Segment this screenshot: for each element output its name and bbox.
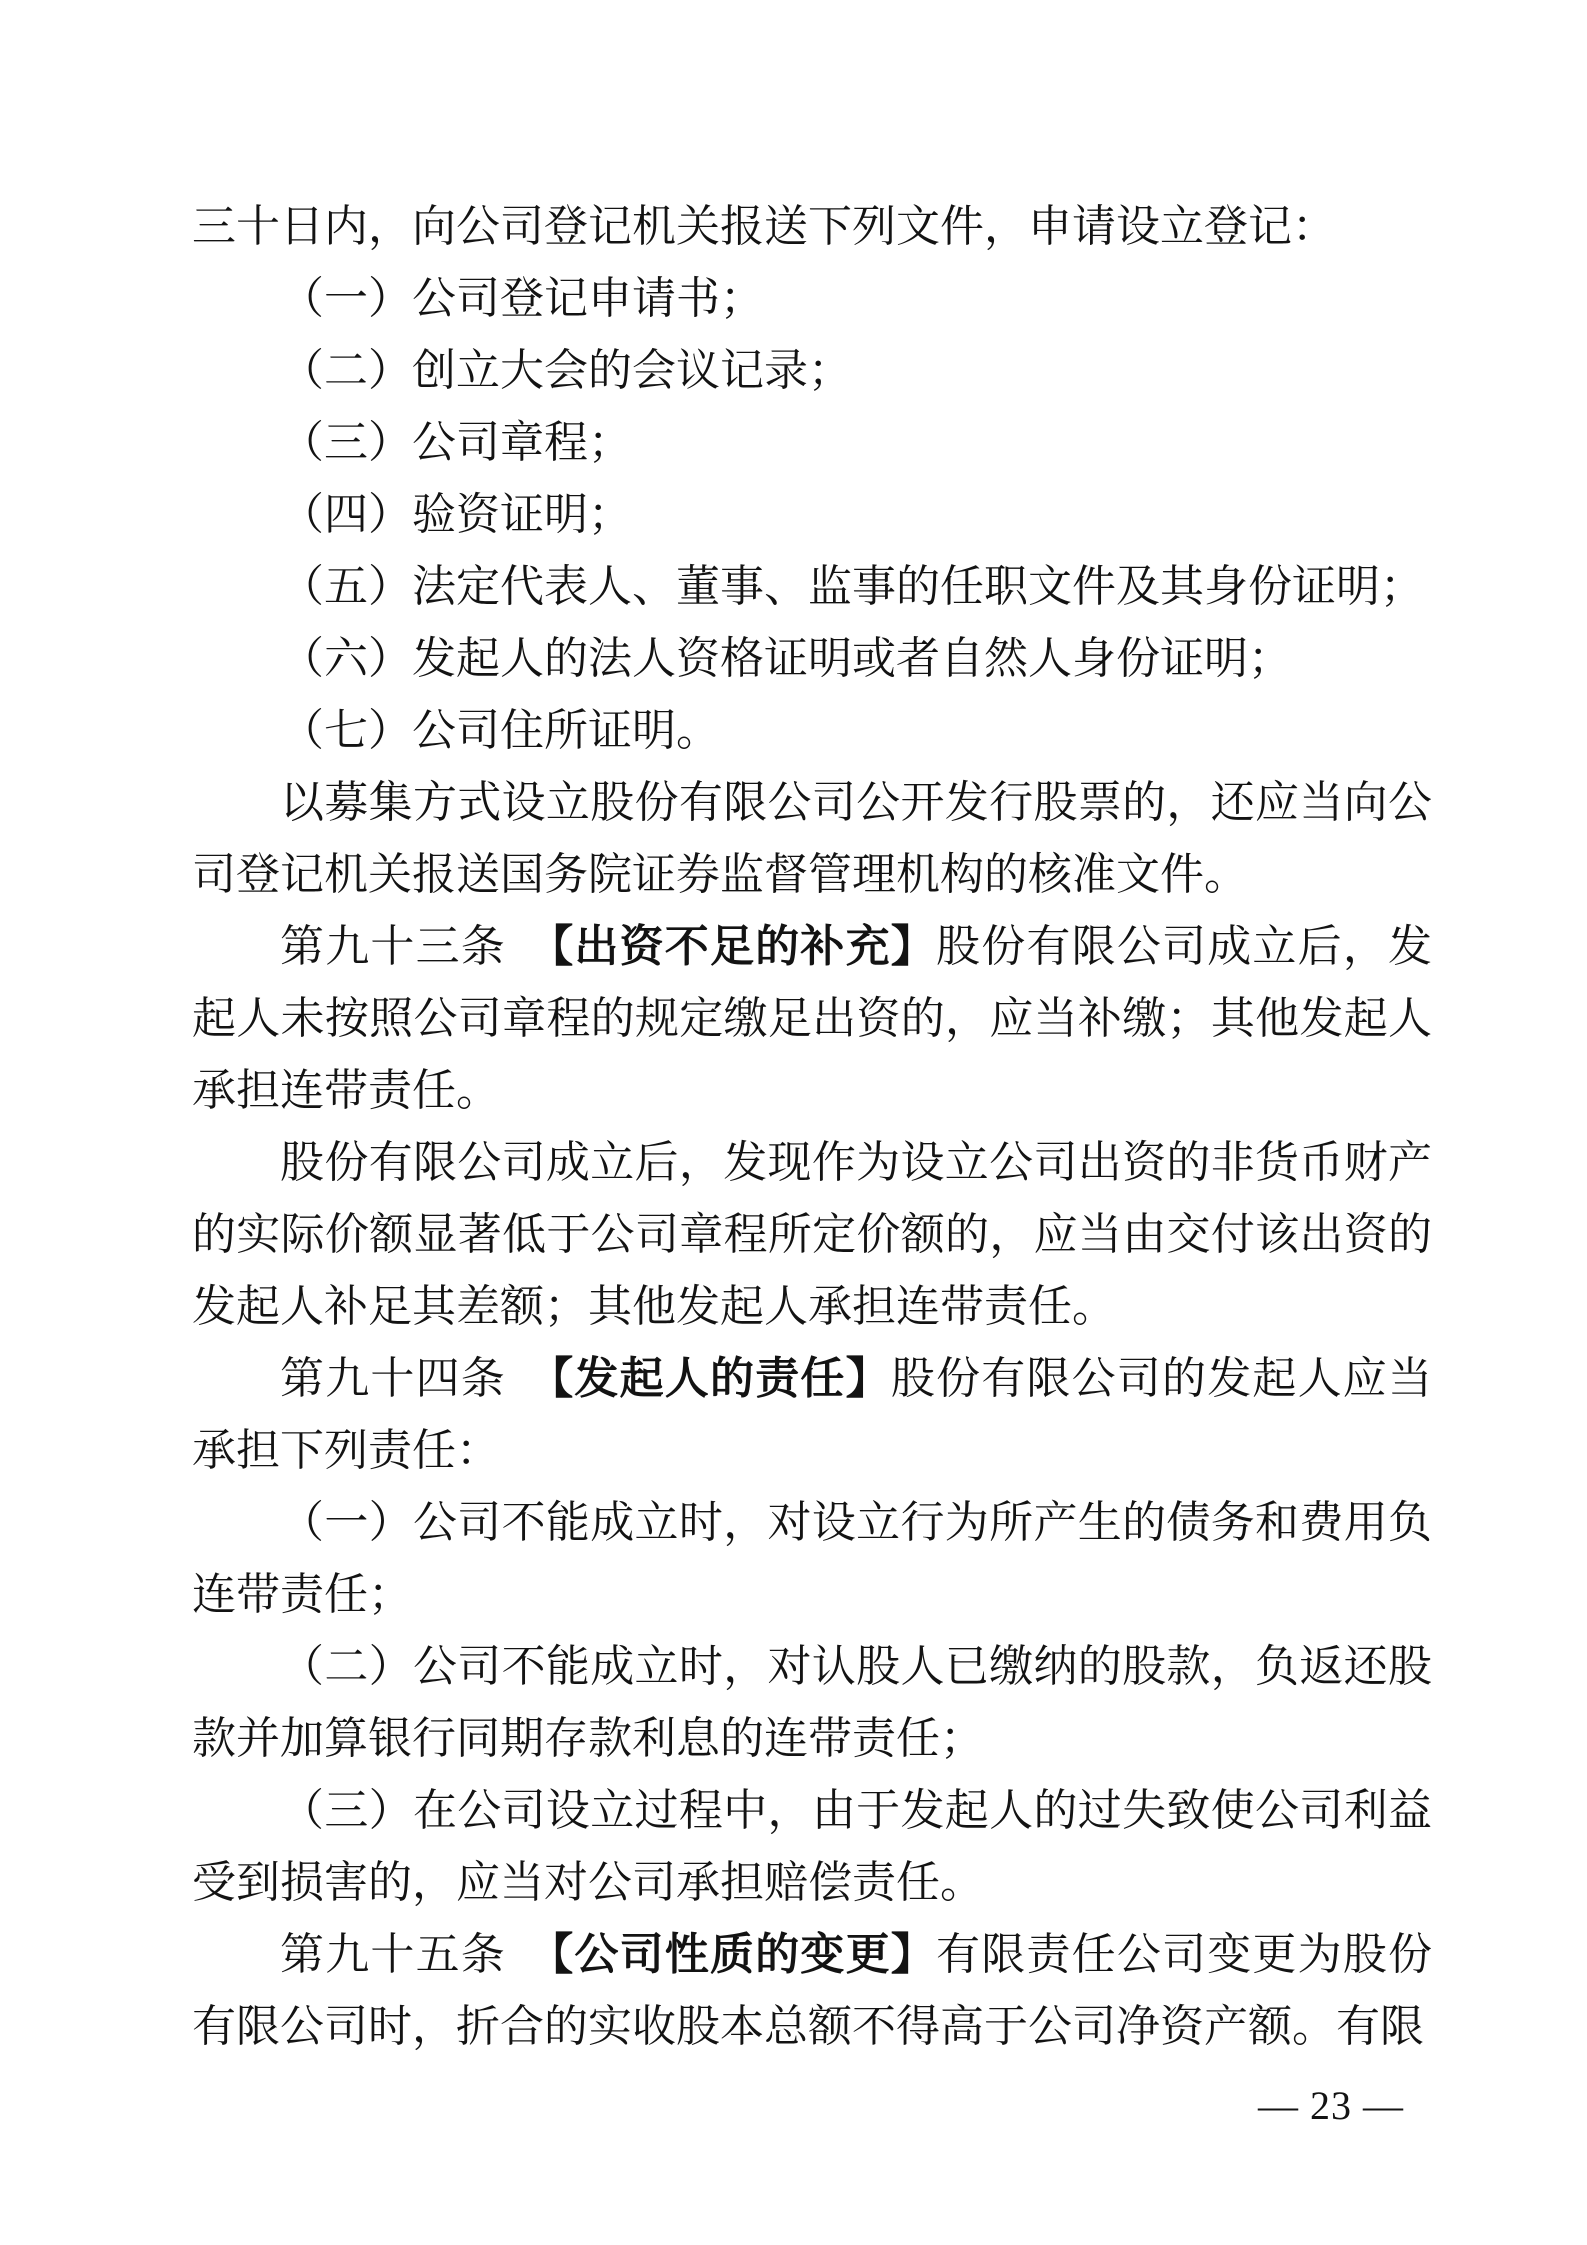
paragraph: （二）公司不能成立时，对认股人已缴纳的股款，负返还股款并加算银行同期存款利息的连…: [192, 1631, 1432, 1775]
article-title-tag: 【出资不足的补充】: [551, 922, 936, 971]
paragraph-text: （二）创立大会的会议记录；: [280, 346, 852, 395]
paragraph: （六）发起人的法人资格证明或者自然人身份证明；: [192, 623, 1432, 695]
paragraph: 第九十五条 【公司性质的变更】有限责任公司变更为股份有限公司时，折合的实收股本总…: [192, 1919, 1432, 2063]
paragraph: 三十日内，向公司登记机关报送下列文件，申请设立登记：: [192, 191, 1432, 263]
paragraph: （七）公司住所证明。: [192, 695, 1432, 767]
paragraph-text: （三）公司章程；: [280, 418, 632, 467]
paragraph: （一）公司登记申请书；: [192, 263, 1432, 335]
article-number: 第九十四条: [280, 1354, 551, 1403]
paragraph-text: 以募集方式设立股份有限公司公开发行股票的，还应当向公司登记机关报送国务院证券监督…: [192, 778, 1432, 899]
article-number: 第九十三条: [280, 922, 551, 971]
paragraph: 股份有限公司成立后，发现作为设立公司出资的非货币财产的实际价额显著低于公司章程所…: [192, 1127, 1432, 1343]
paragraph: 第九十三条 【出资不足的补充】股份有限公司成立后，发起人未按照公司章程的规定缴足…: [192, 911, 1432, 1127]
paragraph: （五）法定代表人、董事、监事的任职文件及其身份证明；: [192, 551, 1432, 623]
paragraph-text: （五）法定代表人、董事、监事的任职文件及其身份证明；: [280, 562, 1424, 611]
page-number: — 23 —: [1258, 2082, 1404, 2130]
paragraph-text: （七）公司住所证明。: [280, 706, 720, 755]
paragraph: （二）创立大会的会议记录；: [192, 335, 1432, 407]
article-title-tag: 【公司性质的变更】: [551, 1930, 936, 1979]
paragraph: （一）公司不能成立时，对设立行为所产生的债务和费用负连带责任；: [192, 1487, 1432, 1631]
paragraph-text: （三）在公司设立过程中，由于发起人的过失致使公司利益受到损害的，应当对公司承担赔…: [192, 1786, 1432, 1907]
paragraph: 第九十四条 【发起人的责任】股份有限公司的发起人应当承担下列责任：: [192, 1343, 1432, 1487]
paragraph-text: （六）发起人的法人资格证明或者自然人身份证明；: [280, 634, 1292, 683]
article-title-tag: 【发起人的责任】: [551, 1354, 891, 1403]
paragraph: （四）验资证明；: [192, 479, 1432, 551]
document-page: 三十日内，向公司登记机关报送下列文件，申请设立登记：（一）公司登记申请书；（二）…: [0, 0, 1587, 2245]
paragraph: （三）在公司设立过程中，由于发起人的过失致使公司利益受到损害的，应当对公司承担赔…: [192, 1775, 1432, 1919]
paragraph-text: （二）公司不能成立时，对认股人已缴纳的股款，负返还股款并加算银行同期存款利息的连…: [192, 1642, 1432, 1763]
paragraph-text: 三十日内，向公司登记机关报送下列文件，申请设立登记：: [192, 202, 1336, 251]
paragraph-text: 股份有限公司成立后，发现作为设立公司出资的非货币财产的实际价额显著低于公司章程所…: [192, 1138, 1432, 1331]
paragraph-text: （一）公司登记申请书；: [280, 274, 764, 323]
paragraph: 以募集方式设立股份有限公司公开发行股票的，还应当向公司登记机关报送国务院证券监督…: [192, 767, 1432, 911]
article-number: 第九十五条: [280, 1930, 551, 1979]
paragraph: （三）公司章程；: [192, 407, 1432, 479]
paragraph-text: （一）公司不能成立时，对设立行为所产生的债务和费用负连带责任；: [192, 1498, 1432, 1619]
paragraph-text: （四）验资证明；: [280, 490, 632, 539]
document-body: 三十日内，向公司登记机关报送下列文件，申请设立登记：（一）公司登记申请书；（二）…: [192, 191, 1432, 2063]
